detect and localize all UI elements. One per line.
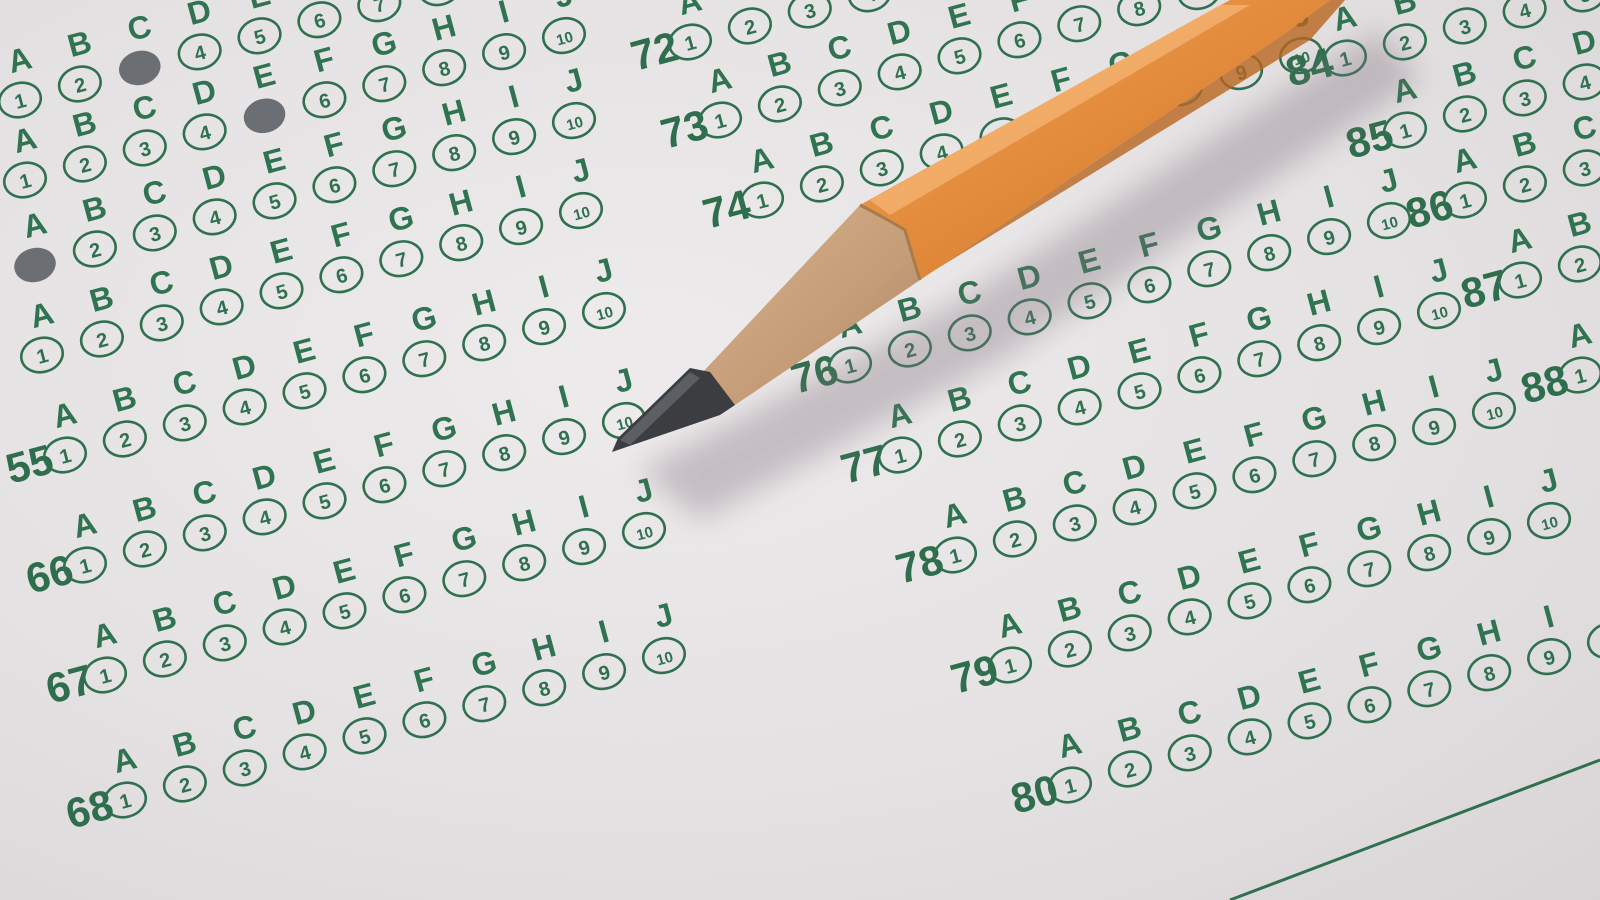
answer-sheet-photo: A1B2CD4E5F6G7H8I9J10A1B2C3D4EF6G7H8I9J10… <box>0 0 1600 900</box>
pencil <box>0 0 1600 900</box>
pencil-shadow <box>640 30 1420 520</box>
